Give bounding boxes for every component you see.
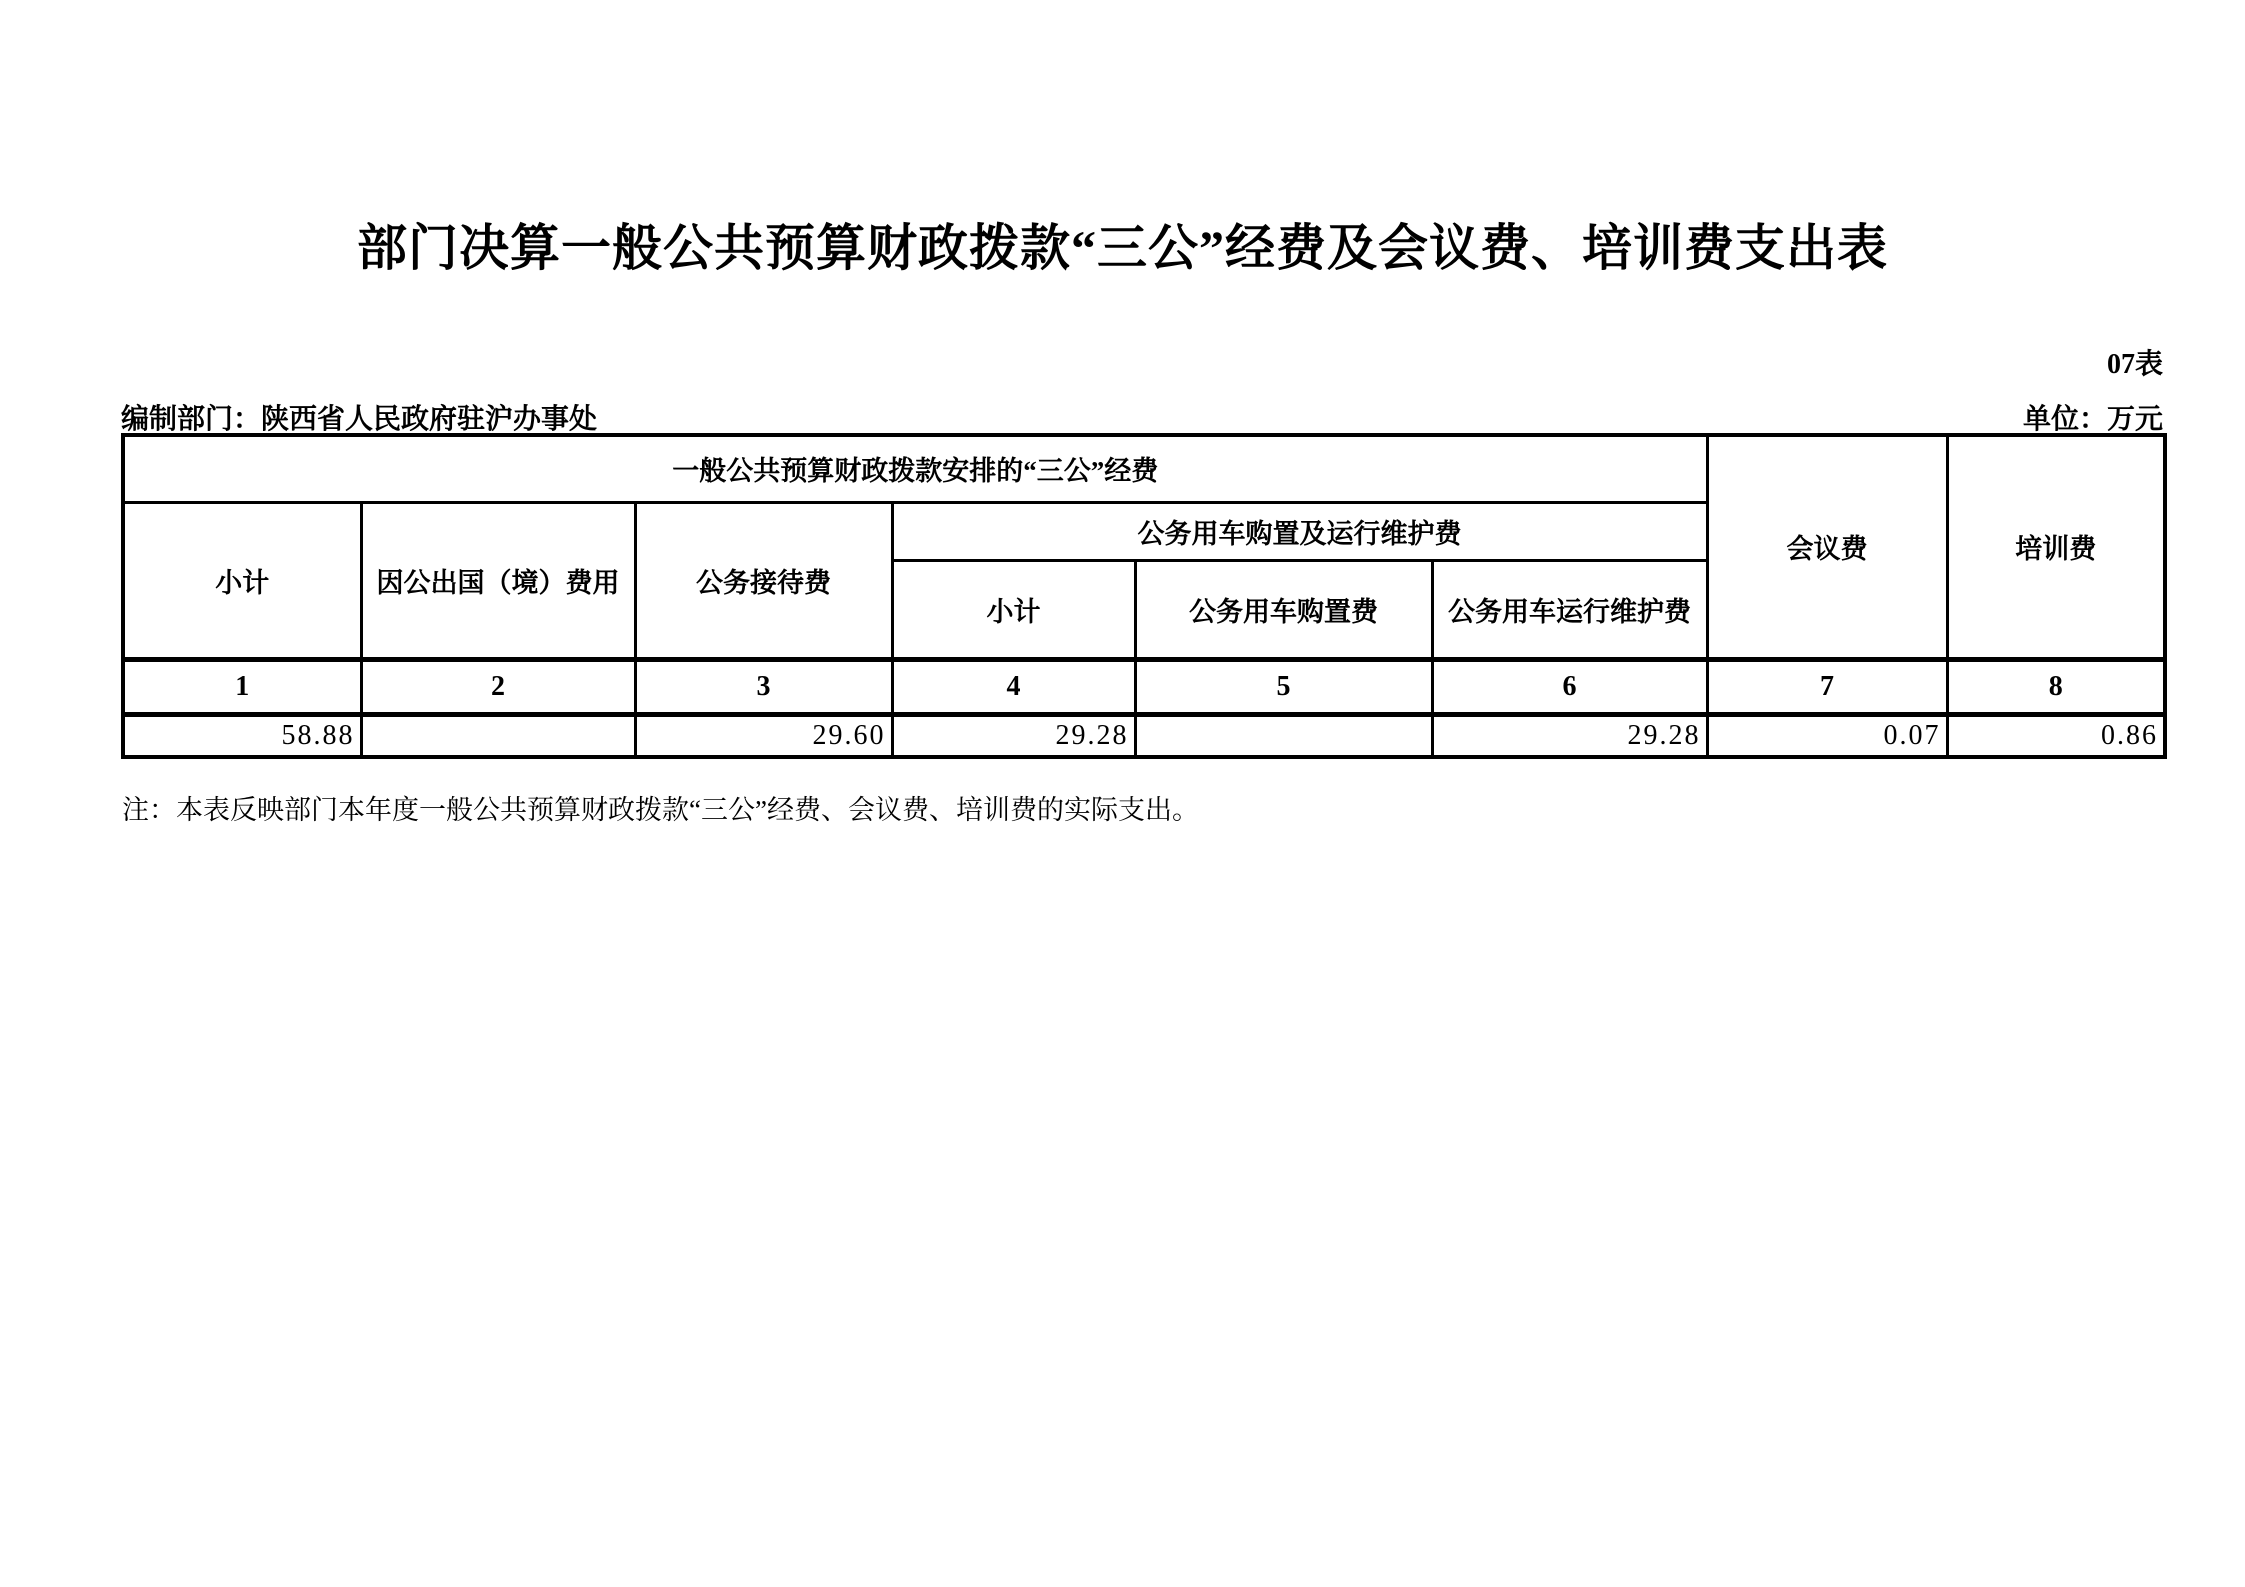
vehicle-purchase-value bbox=[1135, 714, 1432, 757]
page-title: 部门决算一般公共预算财政拨款“三公”经费及会议费、培训费支出表 bbox=[0, 208, 2245, 280]
meeting-fee-header: 会议费 bbox=[1707, 435, 1947, 659]
vehicle-group-header: 公务用车购置及运行维护费 bbox=[892, 502, 1707, 560]
column-number-6: 6 bbox=[1432, 659, 1707, 714]
reception-fee-header: 公务接待费 bbox=[635, 502, 892, 659]
reception-fee-value: 29.60 bbox=[635, 714, 892, 757]
unit-label: 单位：万元 bbox=[2023, 397, 2163, 437]
column-number-2: 2 bbox=[361, 659, 635, 714]
column-number-8: 8 bbox=[1947, 659, 2165, 714]
column-number-4: 4 bbox=[892, 659, 1135, 714]
vehicle-maintenance-value: 29.28 bbox=[1432, 714, 1707, 757]
column-number-1: 1 bbox=[123, 659, 361, 714]
prepared-by-label: 编制部门：陕西省人民政府驻沪办事处 bbox=[121, 397, 597, 437]
table-number-label: 07表 bbox=[121, 342, 2163, 382]
document-page: 部门决算一般公共预算财政拨款“三公”经费及会议费、培训费支出表 07表 编制部门… bbox=[0, 0, 2245, 1587]
abroad-expense-header: 因公出国（境）费用 bbox=[361, 502, 635, 659]
three-public-group-header: 一般公共预算财政拨款安排的“三公”经费 bbox=[123, 435, 1707, 502]
column-number-row: 1 2 3 4 5 6 7 8 bbox=[123, 659, 2165, 714]
data-row: 58.88 29.60 29.28 29.28 0.07 0.86 bbox=[123, 714, 2165, 757]
column-number-5: 5 bbox=[1135, 659, 1432, 714]
training-fee-value: 0.86 bbox=[1947, 714, 2165, 757]
subtotal-value: 58.88 bbox=[123, 714, 361, 757]
meeting-fee-value: 0.07 bbox=[1707, 714, 1947, 757]
vehicle-maintenance-header: 公务用车运行维护费 bbox=[1432, 560, 1707, 659]
vehicle-subtotal-header: 小计 bbox=[892, 560, 1135, 659]
abroad-expense-value bbox=[361, 714, 635, 757]
vehicle-purchase-header: 公务用车购置费 bbox=[1135, 560, 1432, 659]
table-info-row: 编制部门：陕西省人民政府驻沪办事处 单位：万元 bbox=[121, 397, 2163, 437]
subtotal-header: 小计 bbox=[123, 502, 361, 659]
vehicle-subtotal-value: 29.28 bbox=[892, 714, 1135, 757]
table-footnote: 注：本表反映部门本年度一般公共预算财政拨款“三公”经费、会议费、培训费的实际支出… bbox=[122, 788, 1199, 827]
column-number-3: 3 bbox=[635, 659, 892, 714]
budget-table: 一般公共预算财政拨款安排的“三公”经费 会议费 培训费 小计 因公出国（境）费用… bbox=[121, 433, 2167, 759]
training-fee-header: 培训费 bbox=[1947, 435, 2165, 659]
column-number-7: 7 bbox=[1707, 659, 1947, 714]
